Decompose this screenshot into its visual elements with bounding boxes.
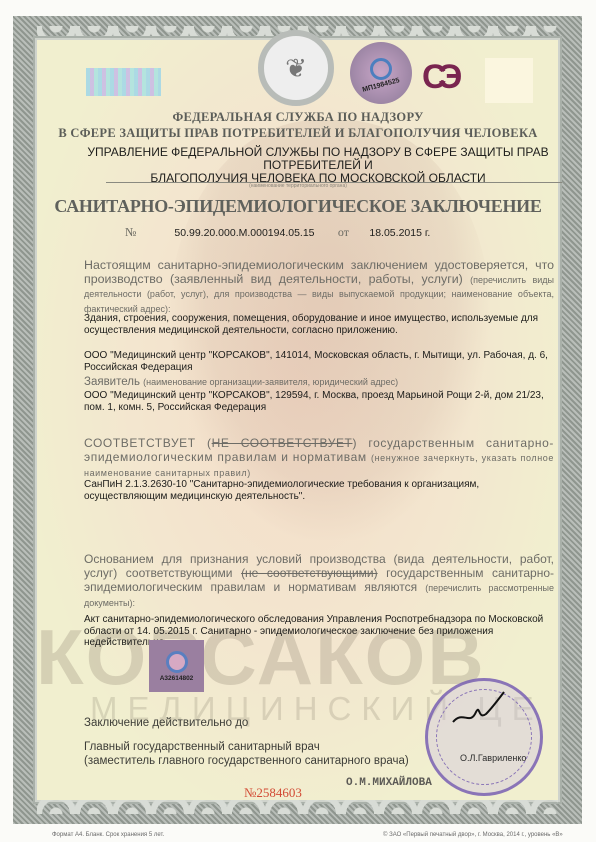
object-address: ООО "Медицинский центр "КОРСАКОВ", 14101… [84,350,554,373]
agency-title-line1: ФЕДЕРАЛЬНАЯ СЛУЖБА ПО НАДЗОРУ [0,110,596,125]
hologram-strip-icon [86,68,161,96]
printer-note: © ЗАО «Первый печатный двор», г. Москва,… [383,832,563,838]
applicant-label: Заявитель [84,376,140,388]
doctor-title: Главный государственный санитарный врач … [84,740,409,768]
coat-of-arms-icon: ❦ [258,30,334,106]
form-serial-number: №2584603 [244,785,302,801]
border-ornament-bottom [37,800,558,814]
agency-title-line2: В СФЕРЕ ЗАЩИТЫ ПРАВ ПОТРЕБИТЕЛЕЙ И БЛАГО… [0,126,596,141]
applicant-heading: Заявитель (наименование организации-заяв… [84,376,554,388]
basis-strike: (не соответствующими) [241,566,378,580]
intro-paragraph: Настоящим санитарно-эпидемиологическим з… [84,259,554,316]
territorial-body: УПРАВЛЕНИЕ ФЕДЕРАЛЬНОЙ СЛУЖБЫ ПО НАДЗОРУ… [80,146,556,185]
blank-area [485,58,533,103]
not-conforms-text: НЕ СООТВЕТСТВУЕТ [212,436,353,450]
hologram-seal-icon: МП1984525 [350,42,412,104]
conformity-paragraph: СООТВЕТСТВУЕТ (НЕ СООТВЕТСТВУЕТ) государ… [84,436,554,480]
doctor-title-line1: Главный государственный санитарный врач [84,740,409,754]
hologram-bottom-number: А32614802 [160,675,194,682]
sanpin-text: СанПиН 2.1.3.2630-10 "Санитарно-эпидемио… [84,479,554,502]
hologram-sticker-icon: А32614802 [149,640,204,692]
conforms-text: СООТВЕТСТВУЕТ [84,436,196,450]
territorial-caption: (наименование территориального органа) [0,183,596,189]
basis-paragraph: Основанием для признания условий произво… [84,552,554,610]
document-title: САНИТАРНО-ЭПИДЕМИОЛОГИЧЕСКОЕ ЗАКЛЮЧЕНИЕ [0,196,596,217]
applicant-hint: (наименование организации-заявителя, юри… [143,377,398,387]
applicant-text: ООО "Медицинский центр "КОРСАКОВ", 12959… [84,390,554,413]
second-stamp-name: О.М.МИХАЙЛОВА [346,777,432,789]
document-date: 18.05.2015 г. [369,227,430,239]
territorial-body-line1: УПРАВЛЕНИЕ ФЕДЕРАЛЬНОЙ СЛУЖБЫ ПО НАДЗОРУ… [80,146,556,172]
document-number: 50.99.20.000.М.000194.05.15 [174,227,314,239]
se-logo-icon: СЭ [422,58,454,97]
activity-text: Здания, строения, сооружения, помещения,… [84,313,554,336]
signer-name: О.Л.Гавриленко [460,753,526,763]
number-label: № [125,225,136,239]
hologram-logo-icon [166,651,188,673]
date-label: от [338,225,349,239]
document-number-row: № 50.99.20.000.М.000194.05.15 от 18.05.2… [125,225,430,240]
valid-until-label: Заключение действительно до [84,717,248,729]
format-note: Формат А4. Бланк. Срок хранения 5 лет. [52,832,164,838]
doctor-title-line2: (заместитель главного государственного с… [84,754,409,768]
signature-icon [448,690,508,730]
hologram-logo-icon [370,58,392,80]
